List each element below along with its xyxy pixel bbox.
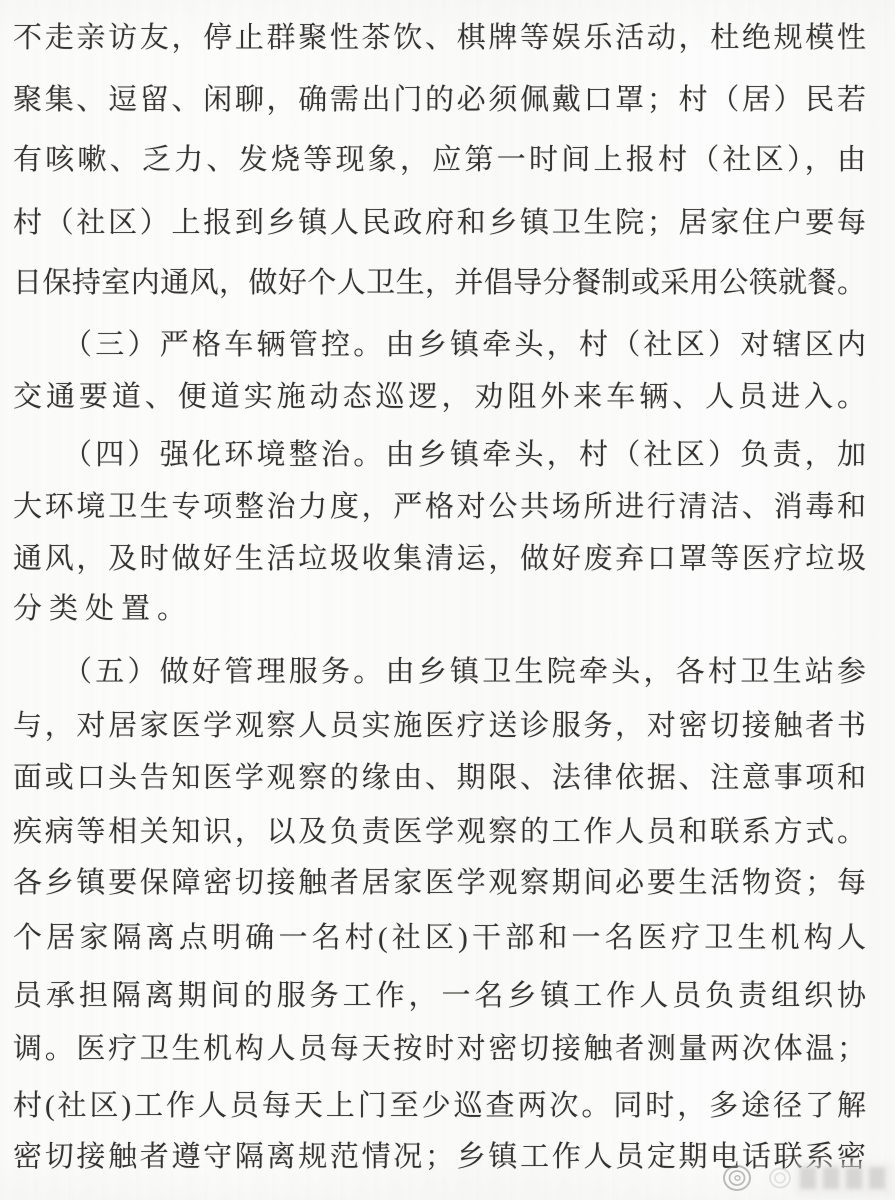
- text-line-14: 面或口头告知医学观察的缘由、期限、法律依据、注意事项和: [13, 757, 866, 799]
- text-line-11: 分类处置。: [13, 588, 866, 630]
- text-line-17: 个居家隔离点明确一名村(社区)干部和一名医疗卫生机构人: [13, 917, 866, 959]
- text-line-18: 员承担隔离期间的服务工作，一名乡镇工作人员负责组织协: [13, 975, 866, 1017]
- scanned-document-page: 不走亲访友，停止群聚性茶饮、棋牌等娱乐活动，杜绝规模性 聚集、逗留、闲聊，确需出…: [0, 0, 895, 1200]
- text-line-1: 不走亲访友，停止群聚性茶饮、棋牌等娱乐活动，杜绝规模性: [13, 17, 866, 59]
- text-line-9: 大环境卫生专项整治力度，严格对公共场所进行清洁、消毒和: [13, 486, 866, 528]
- text-line-15: 疾病等相关知识，以及负责医学观察的工作人员和联系方式。: [13, 811, 866, 853]
- text-line-3: 有咳嗽、乏力、发烧等现象，应第一时间上报村（社区），由: [13, 139, 866, 181]
- text-line-4: 村（社区）上报到乡镇人民政府和乡镇卫生院；居家住户要每: [13, 202, 866, 244]
- text-line-16: 各乡镇要保障密切接触者居家医学观察期间必要生活物资；每: [13, 862, 866, 904]
- text-line-2: 聚集、逗留、闲聊，确需出门的必须佩戴口罩；村（居）民若: [13, 79, 866, 121]
- document-text-block: 不走亲访友，停止群聚性茶饮、棋牌等娱乐活动，杜绝规模性 聚集、逗留、闲聊，确需出…: [13, 0, 866, 1200]
- text-line-8: （四）强化环境整治。由乡镇牵头，村（社区）负责，加: [13, 434, 866, 476]
- text-line-7: 交通要道、便道实施动态巡逻，劝阻外来车辆、人员进入。: [13, 376, 866, 418]
- text-line-13: 与，对居家医学观察人员实施医疗送诊服务，对密切接触者书: [13, 705, 866, 747]
- text-line-10: 通风，及时做好生活垃圾收集清运，做好废弃口罩等医疗垃圾: [13, 538, 866, 580]
- text-line-20: 村(社区)工作人员每天上门至少巡查两次。同时，多途径了解: [13, 1085, 866, 1127]
- text-line-6: （三）严格车辆管控。由乡镇牵头，村（社区）对辖区内: [13, 324, 866, 366]
- text-line-21: 密切接触者遵守隔离规范情况；乡镇工作人员定期电话联系密: [13, 1136, 866, 1178]
- text-line-12: （五）做好管理服务。由乡镇卫生院牵头，各村卫生站参: [13, 651, 866, 693]
- text-line-19: 调。医疗卫生机构人员每天按时对密切接触者测量两次体温；: [13, 1028, 866, 1070]
- text-line-5: 日保持室内通风，做好个人卫生，并倡导分餐制或采用公筷就餐。: [13, 262, 866, 304]
